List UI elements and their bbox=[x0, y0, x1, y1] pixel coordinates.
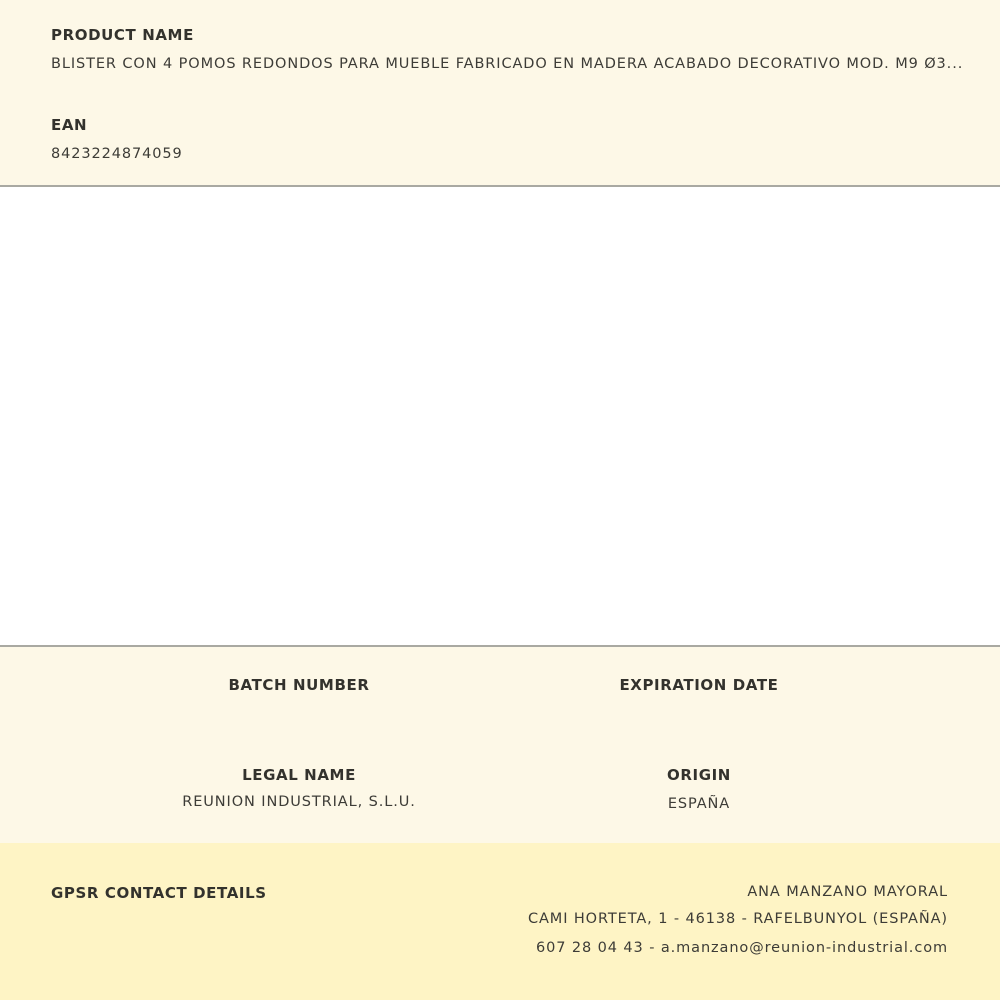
batch-number-label: BATCH NUMBER bbox=[99, 676, 499, 694]
product-name-label: PRODUCT NAME bbox=[51, 26, 194, 44]
origin-label: ORIGIN bbox=[499, 766, 899, 784]
gpsr-contact-label: GPSR CONTACT DETAILS bbox=[51, 884, 267, 902]
product-name-value: BLISTER CON 4 POMOS REDONDOS PARA MUEBLE… bbox=[51, 56, 963, 72]
legal-name-label: LEGAL NAME bbox=[99, 766, 499, 784]
product-info-section: PRODUCT NAME BLISTER CON 4 POMOS REDONDO… bbox=[0, 0, 1000, 187]
expiration-date-label: EXPIRATION DATE bbox=[499, 676, 899, 694]
gpsr-contact-phone-email: 607 28 04 43 - a.manzano@reunion-industr… bbox=[536, 940, 948, 956]
origin-value: ESPAÑA bbox=[499, 796, 899, 812]
blank-image-area bbox=[0, 187, 1000, 645]
details-section: BATCH NUMBER EXPIRATION DATE LEGAL NAME … bbox=[0, 645, 1000, 845]
gpsr-contact-section: GPSR CONTACT DETAILS ANA MANZANO MAYORAL… bbox=[0, 843, 1000, 1000]
legal-name-value: REUNION INDUSTRIAL, S.L.U. bbox=[99, 794, 499, 810]
ean-label: EAN bbox=[51, 116, 87, 134]
ean-value: 8423224874059 bbox=[51, 146, 183, 162]
gpsr-contact-name: ANA MANZANO MAYORAL bbox=[747, 884, 948, 900]
gpsr-contact-address: CAMI HORTETA, 1 - 46138 - RAFELBUNYOL (E… bbox=[528, 911, 948, 927]
